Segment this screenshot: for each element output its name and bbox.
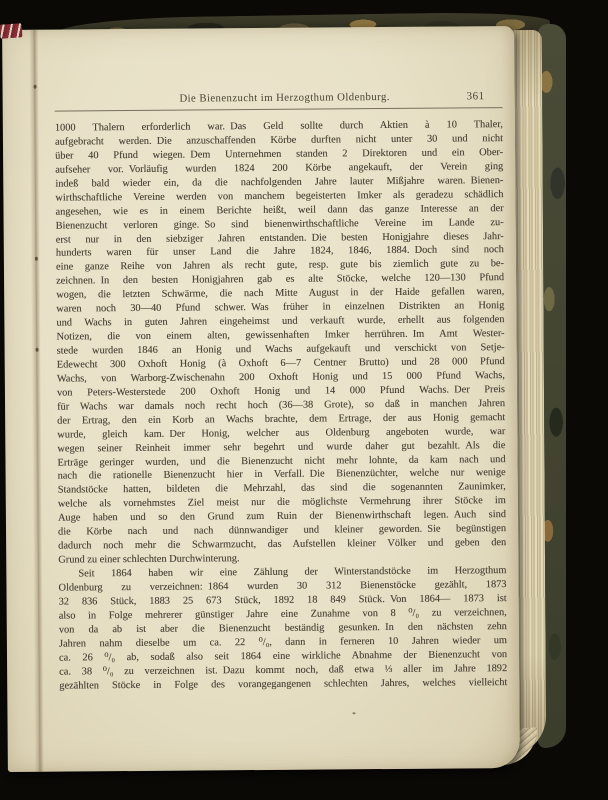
page-body: 1000 Thalern erforderlich war. Das Geld …	[55, 118, 507, 693]
book-page: Die Bienenzucht im Herzogthum Oldenburg.…	[2, 26, 520, 772]
gutter-crease	[29, 30, 44, 772]
page-header: Die Bienenzucht im Herzogthum Oldenburg.…	[55, 90, 503, 112]
paper-speck	[352, 712, 355, 714]
running-title: Die Bienenzucht im Herzogthum Oldenburg.	[61, 90, 509, 106]
text-line: gezählten Stöcke in Folge des vorangegan…	[59, 676, 507, 693]
page-number: 361	[467, 90, 485, 102]
book-photo: Die Bienenzucht im Herzogthum Oldenburg.…	[0, 0, 608, 800]
book-headband	[0, 23, 22, 39]
stitch-dot	[34, 85, 37, 89]
stitch-dot	[35, 257, 38, 261]
stitch-dot	[36, 348, 39, 352]
